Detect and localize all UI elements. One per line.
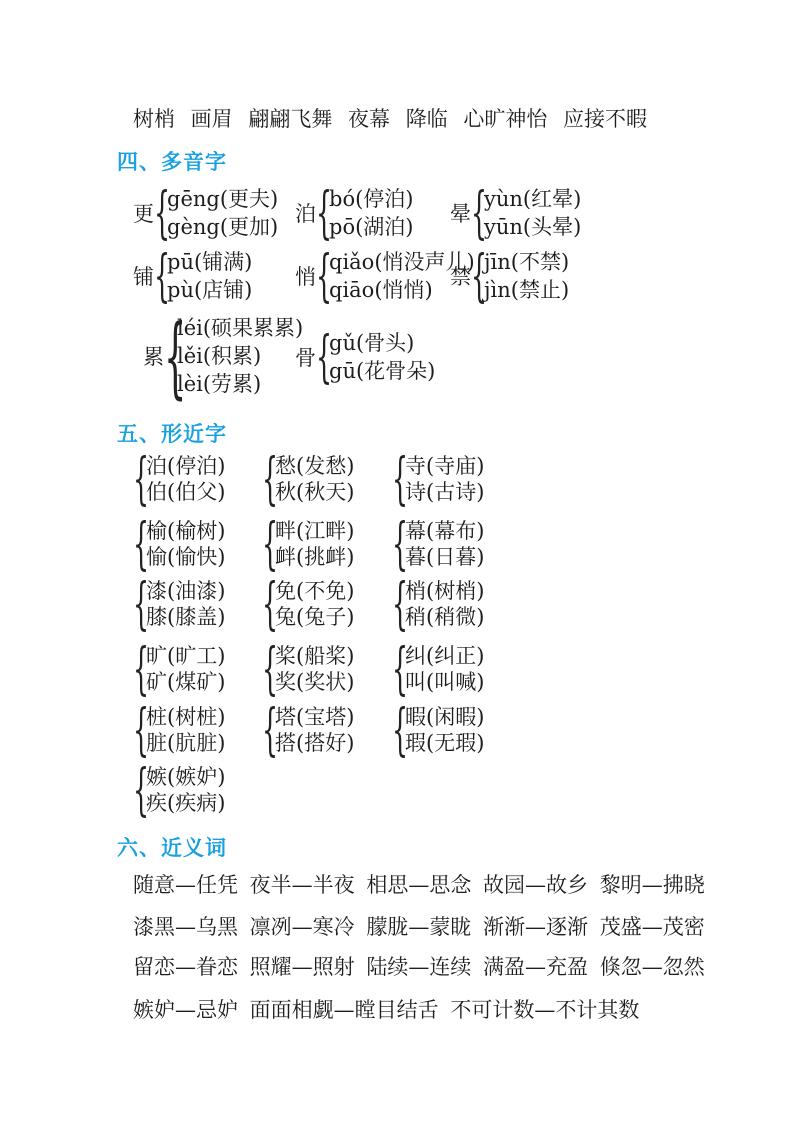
brace-icon [316,244,329,309]
polyphone-group: 累 léi(硕果累累) lěi(积累) lèi(劳累) [143,312,303,400]
section-title-similar-chars: 五、形近字 [117,418,227,448]
similar-char-item: 旷(旷工) [146,643,225,669]
brace-icon [316,325,329,390]
brace-icon [392,637,405,702]
similar-char-pair: 梢(树梢) 稍(稍微) [392,577,484,631]
similar-char-pair: 寺(寺庙) 诗(古诗) [392,452,484,506]
polyphone-char: 晕 [450,198,471,228]
polyphone-reading: lěi(积累) [177,342,303,370]
similar-char-pair: 畔(江畔) 衅(挑衅) [262,517,354,571]
vocabulary-words-line: 树梢 画眉 翩翩飞舞 夜幕 降临 心旷神怡 应接不暇 [133,103,647,133]
similar-char-item: 榆(榆树) [146,518,225,544]
similar-char-pair: 免(不免) 兔(兔子) [262,577,354,631]
polyphone-group: 骨 gǔ(骨头) gū(花骨朵) [295,328,435,386]
similar-char-item: 诗(古诗) [405,479,484,505]
synonym-line: 留恋—眷恋 照耀—照射 陆续—连续 满盈—充盈 倏忽—忽然 [133,955,705,979]
similar-char-item: 暮(日暮) [405,544,484,570]
similar-char-item: 奖(奖状) [275,669,354,695]
brace-icon [262,572,275,637]
brace-icon [392,572,405,637]
brace-icon [262,698,275,763]
similar-char-pair: 榆(榆树) 愉(愉快) [133,517,225,571]
worksheet-page: 树梢 画眉 翩翩飞舞 夜幕 降临 心旷神怡 应接不暇 四、多音字 更 gēng(… [0,0,793,1122]
polyphone-reading: yūn(头晕) [484,213,581,241]
polyphone-reading: gū(花骨朵) [329,357,435,385]
similar-char-item: 矿(煤矿) [146,669,225,695]
brace-icon [392,447,405,512]
brace-icon [154,244,167,309]
polyphone-reading: pù(店铺) [167,276,252,304]
similar-char-pair: 桨(船桨) 奖(奖状) [262,642,354,696]
similar-char-item: 愉(愉快) [146,544,225,570]
similar-char-item: 兔(兔子) [275,604,354,630]
polyphone-char: 更 [133,198,154,228]
polyphone-group: 泊 bó(停泊) pō(湖泊) [295,184,413,242]
similar-char-item: 脏(肮脏) [146,730,225,756]
similar-char-pair: 幕(幕布) 暮(日暮) [392,517,484,571]
similar-char-item: 嫉(嫉妒) [146,764,225,790]
similar-char-pair: 桩(树桩) 脏(肮脏) [133,703,225,757]
brace-icon [133,758,146,823]
synonym-line: 漆黑—乌黑 凛冽—寒冷 朦胧—蒙眬 渐渐—逐渐 茂盛—茂密 [133,915,705,939]
similar-char-item: 桨(船桨) [275,643,354,669]
synonym-line: 随意—任凭 夜半—半夜 相思—思念 故园—故乡 黎明—拂晓 [133,873,705,897]
brace-icon [262,447,275,512]
polyphone-reading: gǔ(骨头) [329,329,435,357]
polyphone-reading: jìn(禁止) [484,276,569,304]
similar-char-item: 秋(秋天) [275,479,354,505]
polyphone-reading: yùn(红晕) [484,185,581,213]
brace-icon [154,181,167,246]
brace-icon [133,637,146,702]
brace-icon [392,512,405,577]
similar-char-pair: 愁(发愁) 秋(秋天) [262,452,354,506]
similar-char-item: 叫(叫喊) [405,669,484,695]
polyphone-group: 晕 yùn(红晕) yūn(头晕) [450,184,581,242]
similar-char-item: 畔(江畔) [275,518,354,544]
similar-char-pair: 泊(停泊) 伯(伯父) [133,452,225,506]
polyphone-group: 更 gēng(更夫) gèng(更加) [133,184,278,242]
polyphone-reading: lèi(劳累) [177,370,303,398]
polyphone-group: 禁 jīn(不禁) jìn(禁止) [450,247,569,305]
brace-icon [164,305,177,408]
similar-char-pair: 旷(旷工) 矿(煤矿) [133,642,225,696]
similar-char-item: 泊(停泊) [146,453,225,479]
polyphone-char: 累 [143,341,164,371]
similar-char-item: 伯(伯父) [146,479,225,505]
similar-char-item: 桩(树桩) [146,704,225,730]
similar-char-item: 寺(寺庙) [405,453,484,479]
similar-char-item: 免(不免) [275,578,354,604]
polyphone-char: 泊 [295,198,316,228]
brace-icon [471,181,484,246]
similar-char-item: 膝(膝盖) [146,604,225,630]
brace-icon [262,512,275,577]
polyphone-reading: gèng(更加) [167,213,278,241]
brace-icon [133,512,146,577]
brace-icon [471,244,484,309]
polyphone-char: 骨 [295,342,316,372]
similar-char-pair: 纠(纠正) 叫(叫喊) [392,642,484,696]
brace-icon [392,698,405,763]
section-title-polyphones: 四、多音字 [117,146,227,176]
similar-char-item: 疾(疾病) [146,790,225,816]
similar-char-pair: 塔(宝塔) 搭(搭好) [262,703,354,757]
polyphone-reading: pū(铺满) [167,248,252,276]
polyphone-reading: bó(停泊) [329,185,413,213]
similar-char-item: 愁(发愁) [275,453,354,479]
similar-char-item: 梢(树梢) [405,578,484,604]
polyphone-reading: gēng(更夫) [167,185,278,213]
similar-char-item: 幕(幕布) [405,518,484,544]
similar-char-item: 塔(宝塔) [275,704,354,730]
similar-char-pair: 暇(闲暇) 瑕(无瑕) [392,703,484,757]
brace-icon [133,447,146,512]
similar-char-item: 衅(挑衅) [275,544,354,570]
similar-char-item: 稍(稍微) [405,604,484,630]
similar-char-item: 搭(搭好) [275,730,354,756]
similar-char-item: 漆(油漆) [146,578,225,604]
similar-char-item: 纠(纠正) [405,643,484,669]
similar-char-pair: 嫉(嫉妒) 疾(疾病) [133,763,225,817]
polyphone-reading: jīn(不禁) [484,248,569,276]
polyphone-char: 悄 [295,261,316,291]
synonym-line: 嫉妒—忌妒 面面相觑—瞠目结舌 不可计数—不计其数 [133,998,639,1022]
brace-icon [133,698,146,763]
polyphone-reading: léi(硕果累累) [177,314,303,342]
section-title-synonyms: 六、近义词 [117,832,227,862]
polyphone-group: 悄 qiǎo(悄没声儿) qiāo(悄悄) [295,247,475,305]
similar-char-item: 暇(闲暇) [405,704,484,730]
brace-icon [262,637,275,702]
polyphone-char: 铺 [133,261,154,291]
brace-icon [133,572,146,637]
polyphone-char: 禁 [450,261,471,291]
similar-char-pair: 漆(油漆) 膝(膝盖) [133,577,225,631]
similar-char-item: 瑕(无瑕) [405,730,484,756]
polyphone-reading: pō(湖泊) [329,213,413,241]
brace-icon [316,181,329,246]
polyphone-group: 铺 pū(铺满) pù(店铺) [133,247,252,305]
